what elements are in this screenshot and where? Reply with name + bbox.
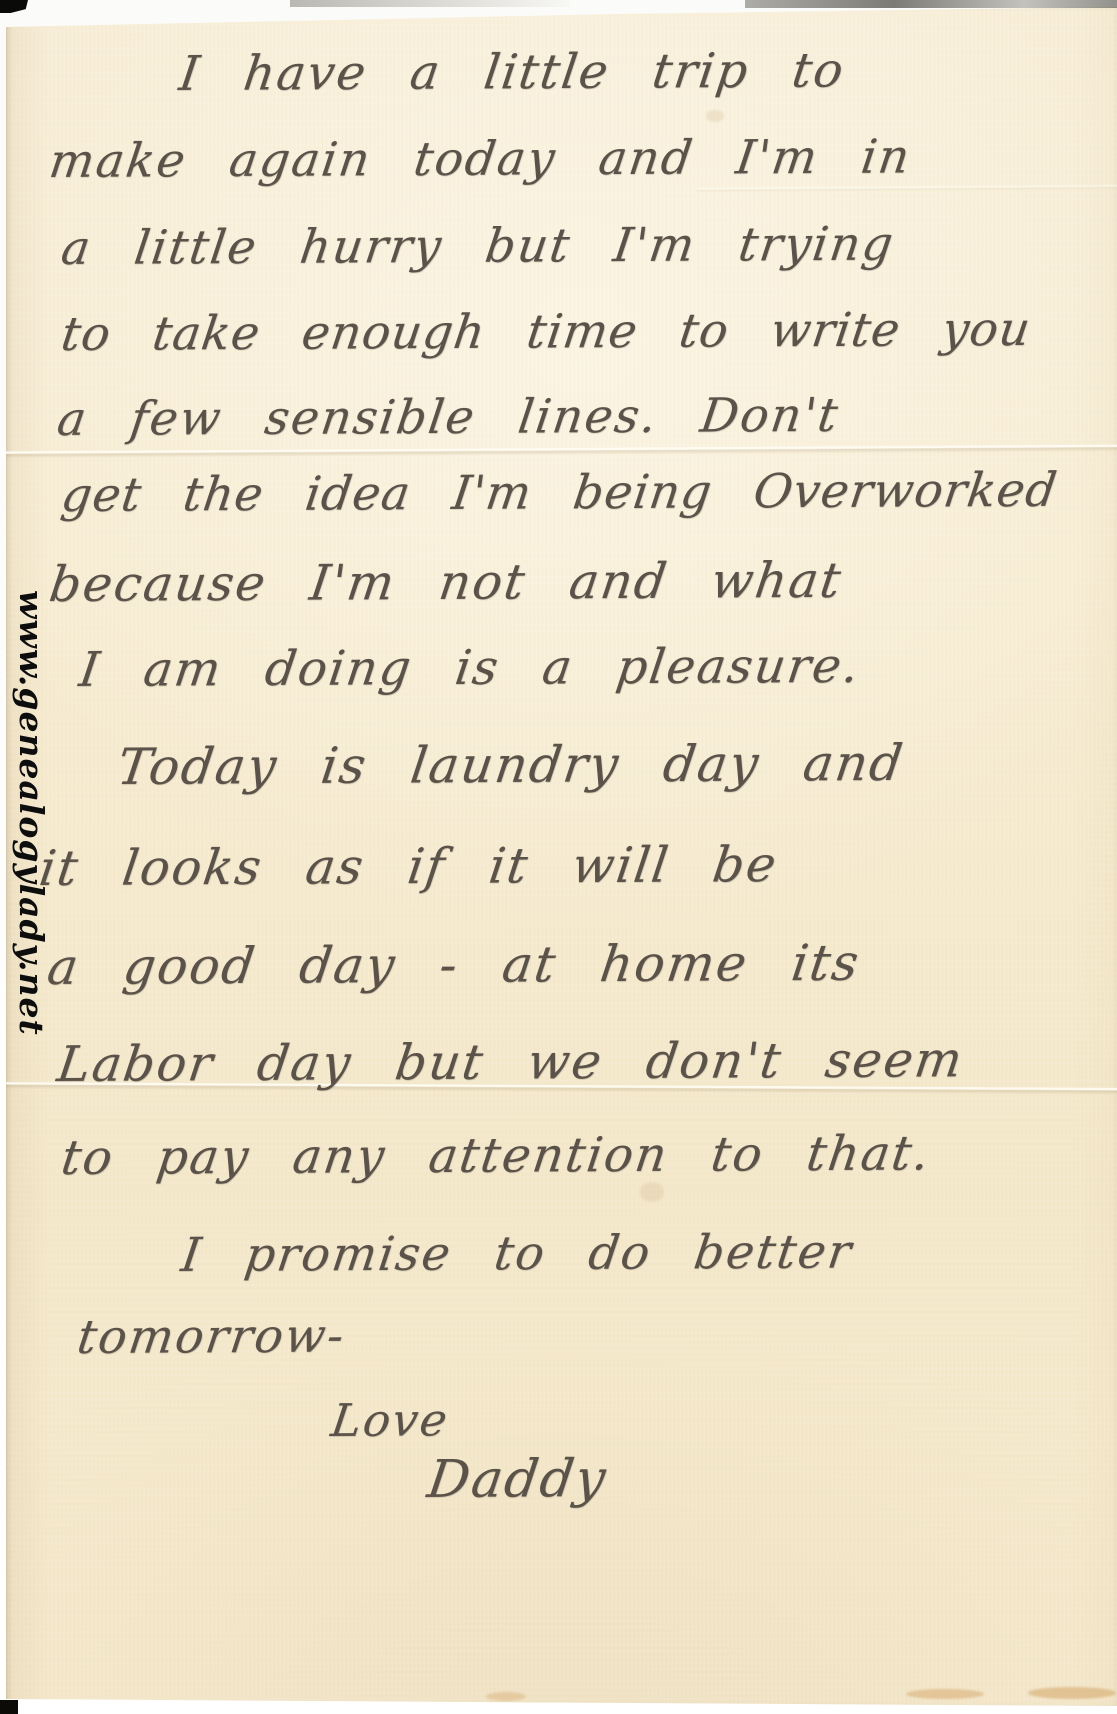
letter-line-11: a good day - at home its xyxy=(44,934,864,996)
scanner-corner-mark-bottom-left xyxy=(0,1700,18,1714)
scanner-corner-mark-top-left xyxy=(0,0,28,13)
genealogylady-watermark: www.genealogylady.net xyxy=(12,590,51,1036)
paper-stain xyxy=(1028,1687,1116,1699)
fold-crease-faint xyxy=(697,185,1117,193)
letter-line-9: Today is laundry day and xyxy=(114,734,908,796)
letter-signature-daddy: Daddy xyxy=(424,1449,611,1510)
letter-scan: I have a little trip to make again today… xyxy=(0,0,1117,1714)
fold-crease-upper xyxy=(6,445,1117,459)
letter-line-14: I promise to do better xyxy=(178,1224,856,1283)
paper-stain xyxy=(486,1692,526,1701)
letter-line-3: a little hurry but I'm trying xyxy=(58,217,898,276)
letter-signoff-love: Love xyxy=(328,1393,452,1447)
letter-line-2: make again today and I'm in xyxy=(46,129,915,189)
paper-stain xyxy=(640,1182,664,1202)
scanner-top-smudge xyxy=(745,0,1117,8)
letter-line-7: because I'm not and what xyxy=(46,552,846,613)
letter-line-12: Labor day but we don't seem xyxy=(54,1031,967,1093)
letter-line-1: I have a little trip to xyxy=(176,43,849,102)
letter-line-8: I am doing is a pleasure. xyxy=(76,638,864,698)
letter-line-15: tomorrow- xyxy=(74,1309,349,1365)
letter-line-6: get the idea I'm being Overworked xyxy=(58,463,1061,523)
letter-line-10: it looks as if it will be xyxy=(36,836,781,897)
letter-line-5: a few sensible lines. Don't xyxy=(54,388,843,447)
paper-stain xyxy=(706,110,724,122)
scanner-top-smudge xyxy=(290,0,570,7)
letter-paper: I have a little trip to make again today… xyxy=(6,0,1117,1706)
letter-line-13: to pay any attention to that. xyxy=(58,1125,934,1186)
letter-line-4: to take enough time to write you xyxy=(58,302,1034,362)
paper-stain xyxy=(906,1689,984,1699)
